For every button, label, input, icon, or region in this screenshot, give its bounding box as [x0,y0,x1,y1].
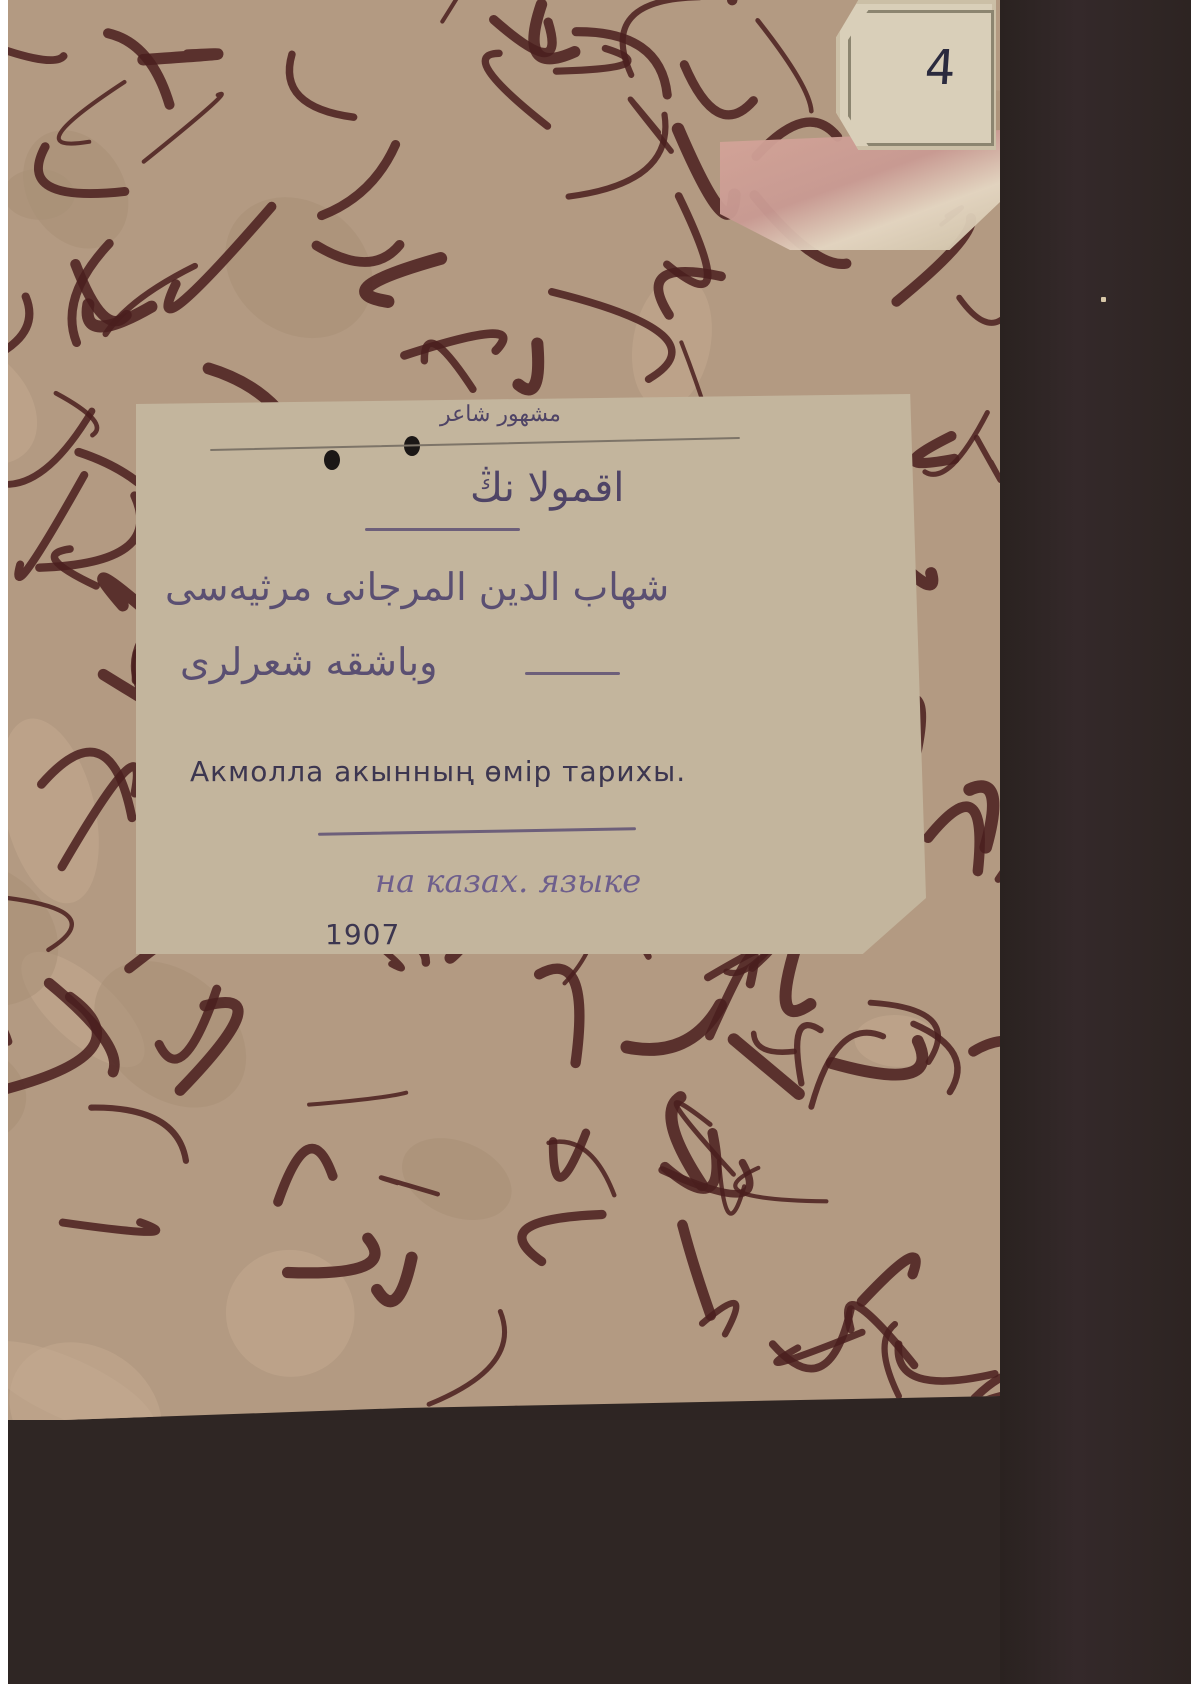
label-line-akmolla: اقمولا نڭ [470,465,624,511]
label-line-language-note: на казах. языке [375,862,641,900]
spine-speck [1101,297,1106,302]
underline-rule [365,528,520,531]
punch-hole [324,450,340,470]
dash-rule [525,672,620,675]
label-line-marjani-elegy: شهاب الدين المرجانى مرثيه‌سى [165,565,669,609]
binding-spine [1000,0,1191,1684]
label-line-other-poems: وباشقه شعرلرى [180,640,437,684]
shelf-tag-number: 4 [923,40,957,96]
shelf-tag-frame [848,10,994,146]
label-year: 1907 [325,918,400,951]
label-line-cyrillic-title: Акмолла акынның өмір тарихы. [190,755,686,788]
binding-cloth-bottom [8,1420,1000,1684]
label-line-famous-poet: مشهور شاعر [440,402,561,427]
